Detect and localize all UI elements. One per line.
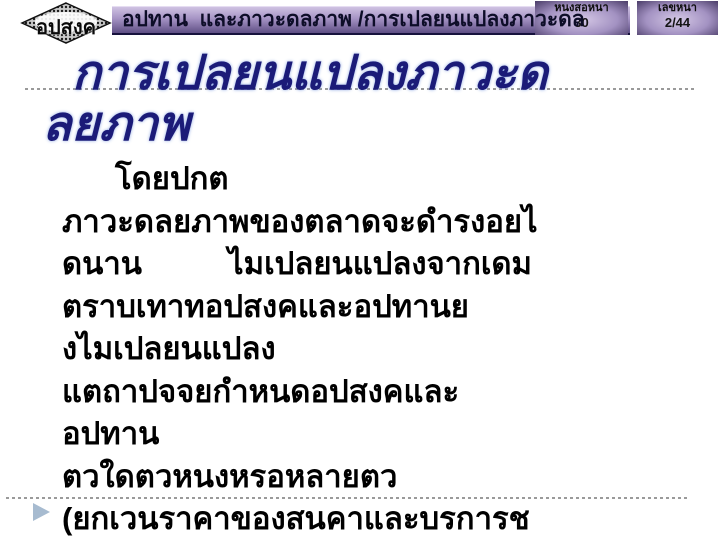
- body-line: (ยกเวนราคาของสนคาและบรการช: [62, 498, 707, 540]
- page-number-label: เลขหนา: [637, 1, 718, 15]
- bullet-triangle-icon: [33, 503, 50, 521]
- slide-body: โดยปกต ภาวะดลยภาพของตลาดจะดำรงอยไ ดนาน ไ…: [62, 158, 707, 540]
- page-number-value: 2/44: [637, 15, 718, 31]
- header-bar-title: อปทาน และภาวะดลภาพ /การเปลยนแปลงภาวะดล: [122, 6, 642, 34]
- page-number-box: เลขหนา 2/44: [637, 1, 718, 35]
- body-line: ตวใดตวหนงหรอหลายตว: [62, 456, 707, 499]
- logo-label: อปสงค: [20, 11, 112, 43]
- body-line: ตราบเทาทอปสงคและอปทานย: [62, 286, 707, 329]
- body-line: โดยปกต: [62, 158, 707, 201]
- body-line: อปทาน: [62, 413, 707, 456]
- slide-canvas: อปสงค อปทาน และภาวะดลภาพ /การเปลยนแปลงภา…: [0, 0, 720, 540]
- slide-title: การเปลยนแปลงภาวะด ลยภาพ: [42, 48, 702, 150]
- body-line: งไมเปลยนแปลง: [62, 328, 707, 371]
- slide-title-line1: การเปลยนแปลงภาวะด: [42, 48, 702, 99]
- demand-logo: อปสงค: [20, 1, 112, 45]
- slide-title-line2: ลยภาพ: [42, 99, 702, 150]
- body-line: ภาวะดลยภาพของตลาดจะดำรงอยไ: [62, 201, 707, 244]
- body-line: แตถาปจจยกำหนดอปสงคและ: [62, 371, 707, 414]
- body-line: ดนาน ไมเปลยนแปลงจากเดม: [62, 243, 707, 286]
